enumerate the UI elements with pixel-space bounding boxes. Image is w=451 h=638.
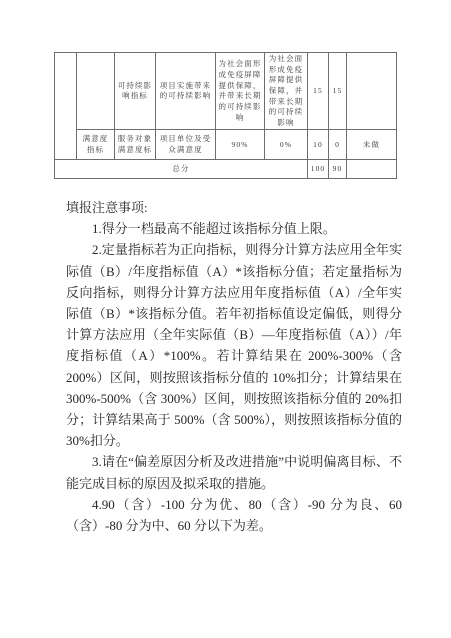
note-item-1: 1.得分一档最高不能超过该指标分值上限。 [66, 218, 402, 239]
cell-sustain-remark [347, 53, 397, 130]
table-row-sustain-impact: 可持续影响指标 项目实施带来的可持续影响 为社会面形成免疫屏障提供保障，并带来长… [55, 53, 397, 130]
table-row-total: 总分 100 90 [55, 160, 397, 179]
cell-satisfaction-category: 满意度指标 [77, 130, 115, 160]
document-page: 可持续影响指标 项目实施带来的可持续影响 为社会面形成免疫屏障提供保障，并带来长… [0, 0, 451, 638]
cell-sustain-score: 15 [329, 53, 347, 130]
cell-total-remark [347, 160, 397, 179]
table-row-satisfaction: 满意度指标 服务对象满意度标 项目单位及受众满意度 90% 0% 10 0 未做 [55, 130, 397, 160]
cell-satisfaction-indicator-name: 项目单位及受众满意度 [156, 130, 216, 160]
cell-sustain-max-score: 15 [308, 53, 329, 130]
cell-satisfaction-remark: 未做 [347, 130, 397, 160]
cell-satisfaction-max-score: 10 [308, 130, 329, 160]
note-item-4: 4.90（含）-100 分为优、80（含）-90 分为良、60（含）-80 分为… [66, 494, 402, 536]
cell-satisfaction-target-value: 90% [216, 130, 265, 160]
cell-category-blank [77, 53, 115, 130]
cell-satisfaction-indicator-group: 服务对象满意度标 [115, 130, 156, 160]
cell-sustain-target-value: 为社会面形成免疫屏障提供保障，并带来长期的可持续影响 [216, 53, 265, 130]
note-item-3: 3.请在“偏差原因分析及改进措施”中说明偏离目标、不能完成目标的原因及拟采取的措… [66, 451, 402, 493]
cell-total-label: 总分 [55, 160, 308, 179]
performance-score-table: 可持续影响指标 项目实施带来的可持续影响 为社会面形成免疫屏障提供保障，并带来长… [54, 52, 397, 179]
cell-sustain-indicator-name: 项目实施带来的可持续影响 [156, 53, 216, 130]
cell-total-max-score: 100 [308, 160, 329, 179]
cell-sustain-indicator-group: 可持续影响指标 [115, 53, 156, 130]
cell-satisfaction-actual-value: 0% [265, 130, 308, 160]
cell-satisfaction-score: 0 [329, 130, 347, 160]
cell-total-score: 90 [329, 160, 347, 179]
notes-title: 填报注意事项: [66, 197, 402, 218]
filling-notes-section: 填报注意事项: 1.得分一档最高不能超过该指标分值上限。 2.定量指标若为正向指… [66, 197, 402, 536]
note-item-2: 2.定量指标若为正向指标，则得分计算方法应用全年实际值（B）/年度指标值（A）*… [66, 239, 402, 451]
cell-left-continuation [55, 53, 77, 160]
cell-sustain-actual-value: 为社会面形成免疫屏障提供保障，并带来长期的可持续影响 [265, 53, 308, 130]
